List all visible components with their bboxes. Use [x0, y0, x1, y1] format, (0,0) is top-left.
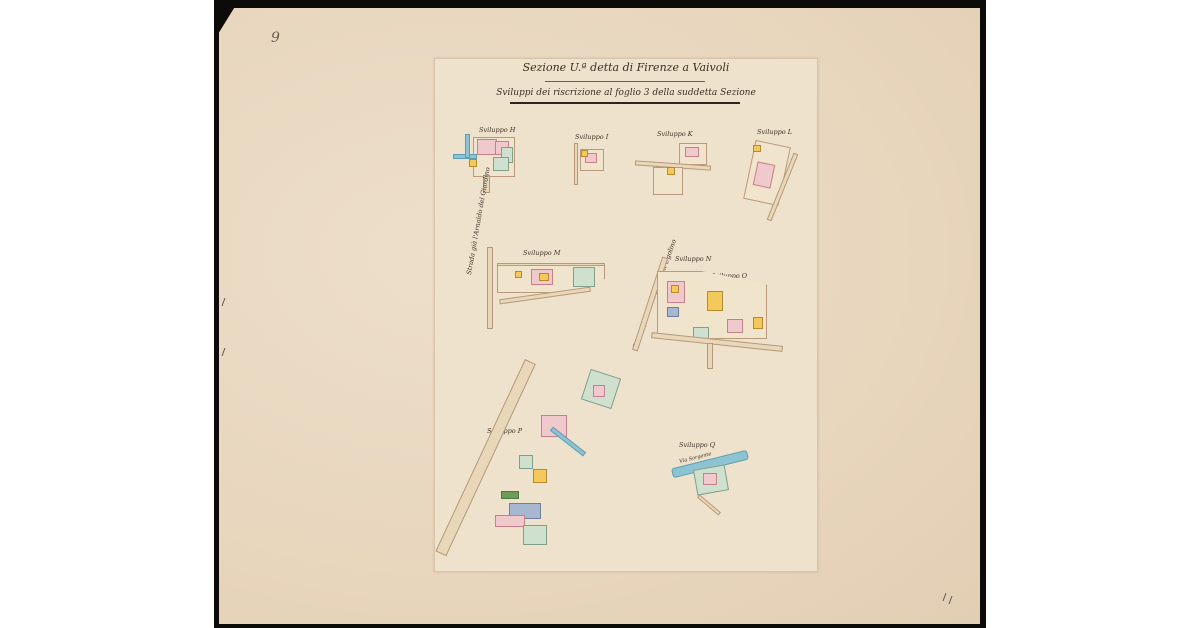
- building: [753, 317, 763, 329]
- edge-mark: [222, 348, 240, 356]
- section-label: Sviluppo I: [575, 133, 608, 141]
- map-subtitle: Sviluppi dei riscrizione al foglio 3 del…: [435, 88, 817, 98]
- building: [727, 319, 743, 333]
- garden: [573, 267, 595, 287]
- garden: [501, 491, 519, 499]
- building: [533, 469, 547, 483]
- section-label: Sviluppo N: [675, 255, 711, 263]
- building: [707, 291, 723, 311]
- garden: [493, 157, 509, 171]
- garden: [523, 525, 547, 545]
- section-label: Sviluppo L: [757, 128, 792, 136]
- building: [685, 147, 699, 157]
- building: [667, 167, 675, 175]
- road: [697, 494, 721, 515]
- section-label: Sviluppo M: [523, 249, 560, 257]
- building: [593, 385, 605, 397]
- edge-mark: [949, 596, 967, 604]
- map-title: Sezione U.ª detta di Firenze a Vaivoli: [435, 61, 817, 74]
- title-underline: [545, 81, 705, 82]
- building: [581, 150, 588, 157]
- building: [495, 515, 525, 527]
- map-sheet: Sezione U.ª detta di Firenze a Vaivoli S…: [434, 58, 818, 572]
- garden: [519, 455, 533, 469]
- road: [707, 343, 713, 369]
- section-label: Sviluppo H: [479, 126, 515, 134]
- stream: [550, 427, 586, 457]
- section-label: Sviluppo K: [657, 130, 693, 138]
- edge-mark: [222, 298, 240, 306]
- section-label: Sviluppo Q: [679, 441, 715, 449]
- subtitle-rule: [510, 102, 740, 104]
- building: [667, 307, 679, 317]
- building: [753, 145, 761, 152]
- building: [703, 473, 717, 485]
- building: [539, 273, 549, 281]
- building: [477, 139, 497, 155]
- page-number: 9: [271, 30, 280, 46]
- building: [515, 271, 522, 278]
- road: [574, 143, 578, 185]
- road: [487, 247, 493, 329]
- stream: [465, 134, 470, 158]
- building: [469, 159, 477, 167]
- building: [671, 285, 679, 293]
